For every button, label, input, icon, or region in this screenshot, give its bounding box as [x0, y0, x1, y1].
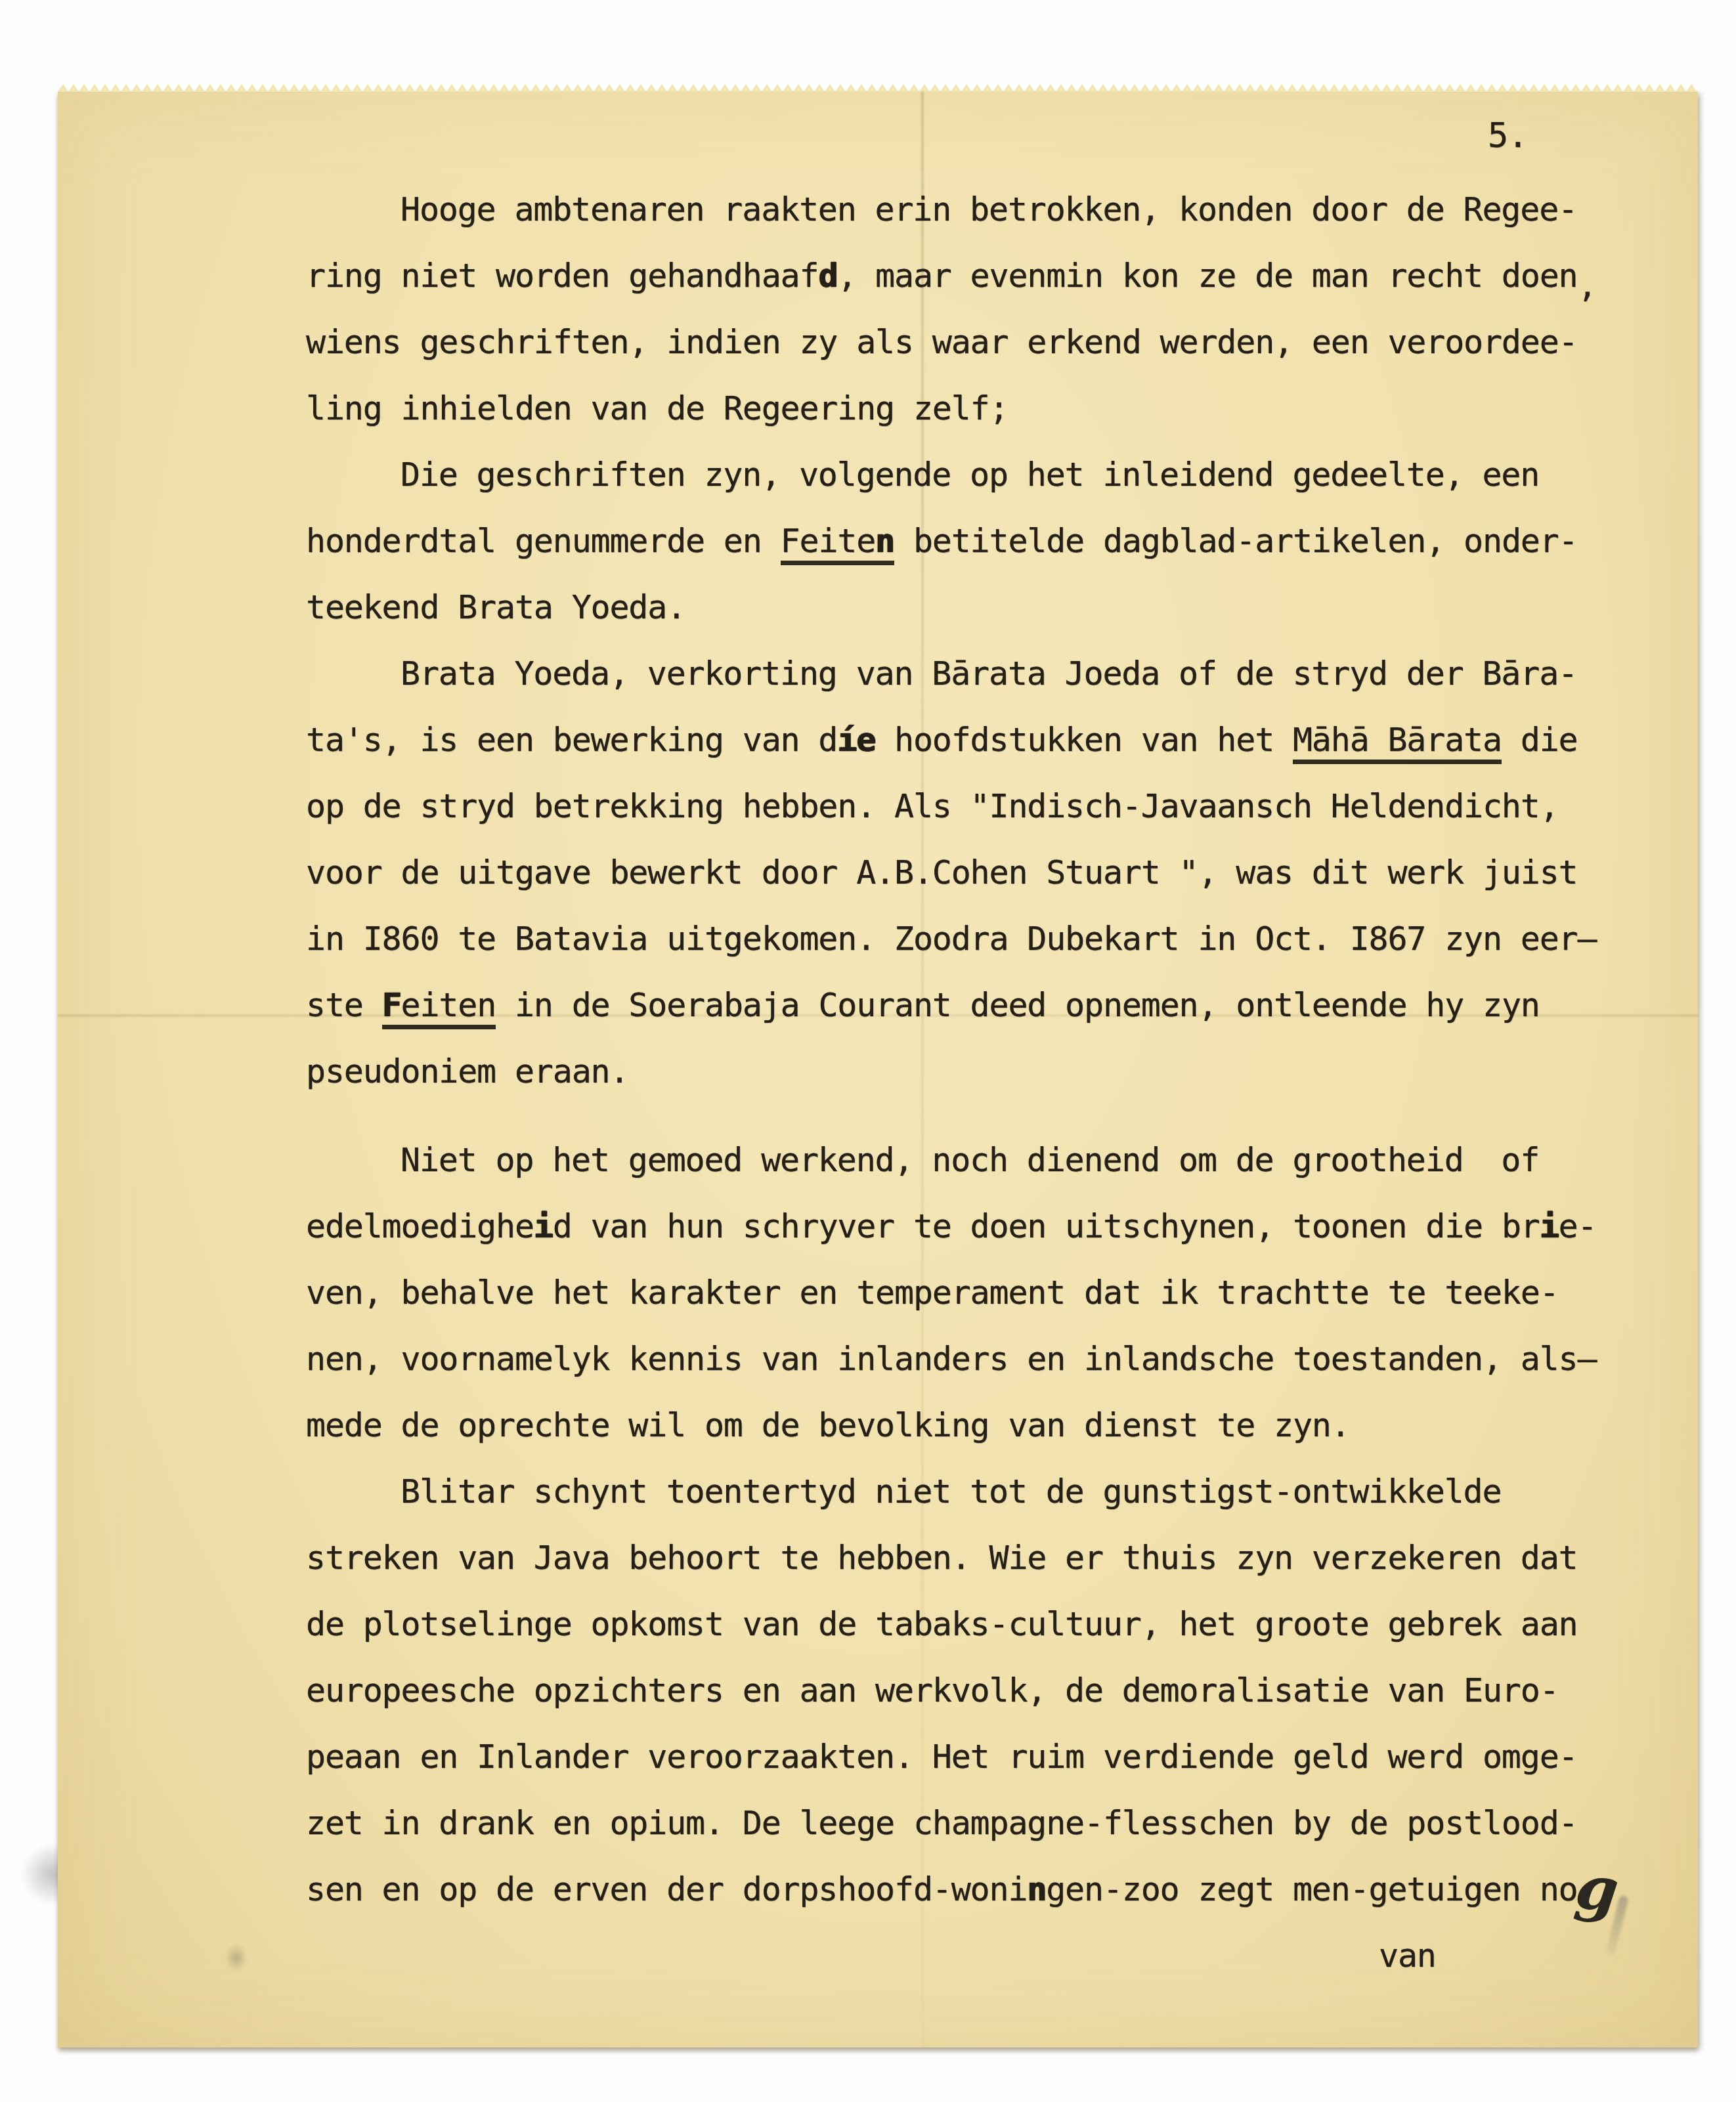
typed-segment: Brata Yoeda, verkorting van Bārata Joeda…	[401, 654, 1577, 693]
typed-segment: op de stryd betrekking hebben. Als "Indi…	[306, 787, 1559, 825]
typed-line: ta's, is een bewerking van díe hoofdstuk…	[306, 707, 1659, 773]
typed-segment: Niet op het gemoed werkend, noch dienend…	[401, 1141, 1539, 1179]
typed-segment: in de Soerabaja Courant deed opnemen, on…	[496, 986, 1540, 1024]
typed-segment: mede de oprechte wil om de bevolking van…	[306, 1406, 1350, 1444]
typed-line: ling inhielden van de Regeering zelf;	[306, 375, 1659, 442]
typed-line: in I860 te Batavia uitgekomen. Zoodra Du…	[306, 906, 1659, 972]
typed-segment: Die geschriften zyn, volgende op het inl…	[401, 456, 1539, 494]
typed-segment: in I860 te Batavia uitgekomen. Zoodra Du…	[306, 920, 1596, 958]
typed-line: honderdtal genummerde en Feiten betiteld…	[306, 508, 1659, 574]
typed-line: mede de oprechte wil om de bevolking van…	[306, 1392, 1659, 1459]
typed-segment: van	[1379, 1937, 1436, 1975]
typed-segment: Hooge ambtenaren raakten erin betrokken,…	[401, 190, 1577, 228]
paper-stain	[222, 1939, 251, 1976]
typed-segment: edelmoedighe	[306, 1207, 534, 1245]
handwritten-g-mark: g	[1576, 1886, 1618, 1891]
typed-segment: sen en op de erven der dorpshoofd-woni	[306, 1870, 1027, 1908]
typed-segment: zet in drank en opium. De leege champagn…	[306, 1804, 1577, 1842]
typed-segment: voor de uitgave bewerkt door A.B.Cohen S…	[306, 853, 1577, 891]
typed-line: ring niet worden gehandhaafd, maar evenm…	[306, 243, 1659, 309]
typed-segment: betitelde dagblad-artikelen, onder-	[894, 522, 1578, 560]
typed-line: de plotselinge opkomst van de tabaks-cul…	[306, 1591, 1659, 1658]
typed-segment: europeesche opzichters en aan werkvolk, …	[306, 1671, 1559, 1709]
page-number: 5.	[1488, 116, 1528, 156]
document-page: 5. Hooge ambtenaren raakten erin betrokk…	[58, 91, 1698, 2048]
typed-segment: wiens geschriften, indien zy als waar er…	[306, 323, 1577, 361]
catchword-line: van	[306, 1923, 1659, 1989]
typed-segment: streken van Java behoort te hebben. Wie …	[306, 1539, 1577, 1577]
typed-segment: ,	[1577, 267, 1596, 305]
typed-segment: Blitar schynt toentertyd niet tot de gun…	[401, 1472, 1501, 1511]
typed-segment: pseudoniem eraan.	[306, 1052, 628, 1090]
typed-line: Brata Yoeda, verkorting van Bārata Joeda…	[306, 641, 1659, 707]
typed-line: streken van Java behoort te hebben. Wie …	[306, 1525, 1659, 1591]
typed-line: op de stryd betrekking hebben. Als "Indi…	[306, 773, 1659, 840]
typed-line: wiens geschriften, indien zy als waar er…	[306, 309, 1659, 375]
typed-segment: peaan en Inlander veroorzaakten. Het rui…	[306, 1738, 1577, 1776]
typed-segment: honderdtal genummerde en	[306, 522, 781, 560]
typed-segment: ling inhielden van de Regeering zelf;	[306, 389, 1008, 427]
typed-line: nen, voornamelyk kennis van inlanders en…	[306, 1326, 1659, 1392]
underlined-word: F	[382, 986, 401, 1029]
typed-line: Niet op het gemoed werkend, noch dienend…	[306, 1127, 1659, 1193]
scan-background: { "scan": { "paper_color": "#f0e1ad", "i…	[0, 0, 1736, 2102]
typed-segment: d	[818, 257, 837, 295]
typed-line: ste Feiten in de Soerabaja Courant deed …	[306, 972, 1659, 1039]
typed-segment: i	[1540, 1207, 1559, 1245]
typed-line: pseudoniem eraan.	[306, 1039, 1659, 1105]
typed-segment: gen-zoo zegt men-getuigen no	[1046, 1870, 1577, 1908]
typed-line: europeesche opzichters en aan werkvolk, …	[306, 1658, 1659, 1724]
typed-segment: i	[534, 1207, 553, 1245]
typed-line: sen en op de erven der dorpshoofd-woning…	[306, 1856, 1659, 1923]
underlined-word: n	[875, 522, 894, 565]
typed-segment: nen, voornamelyk kennis van inlanders en…	[306, 1340, 1596, 1378]
typed-line: peaan en Inlander veroorzaakten. Het rui…	[306, 1724, 1659, 1790]
underlined-word: eiten	[401, 986, 496, 1029]
typed-segment: d van hun schryver te doen uitschynen, t…	[553, 1207, 1540, 1245]
perforated-top-edge	[58, 83, 1698, 92]
typed-segment: ring niet worden gehandhaaf	[306, 257, 818, 295]
typed-segment: ven, behalve het karakter en temperament…	[306, 1274, 1559, 1312]
typed-segment: hoofdstukken van het	[875, 721, 1293, 759]
typed-line: Die geschriften zyn, volgende op het inl…	[306, 442, 1659, 508]
typed-segment: teekend Brata Yoeda.	[306, 588, 685, 626]
typed-text: Hooge ambtenaren raakten erin betrokken,…	[306, 177, 1659, 1989]
typed-line: teekend Brata Yoeda.	[306, 574, 1659, 641]
typed-segment: die	[1502, 721, 1578, 759]
typed-segment: de plotselinge opkomst van de tabaks-cul…	[306, 1605, 1577, 1643]
underlined-word: Māhā Bārata	[1293, 721, 1502, 764]
typed-segment: n	[1027, 1870, 1046, 1908]
typed-segment: , maar evenmin kon ze de man recht doen	[837, 257, 1577, 295]
typed-line: Hooge ambtenaren raakten erin betrokken,…	[306, 177, 1659, 243]
typed-line: edelmoedigheid van hun schryver te doen …	[306, 1193, 1659, 1260]
typed-segment: e-	[1559, 1207, 1597, 1245]
typed-segment: ste	[306, 986, 382, 1024]
typed-line: Blitar schynt toentertyd niet tot de gun…	[306, 1459, 1659, 1525]
typed-line: zet in drank en opium. De leege champagn…	[306, 1790, 1659, 1856]
typed-line: ven, behalve het karakter en temperament…	[306, 1260, 1659, 1326]
typed-segment: ta's, is een bewerking van d	[306, 721, 837, 759]
underlined-word: Feite	[781, 522, 876, 565]
typed-segment: íe	[837, 721, 875, 759]
typed-line: voor de uitgave bewerkt door A.B.Cohen S…	[306, 840, 1659, 906]
